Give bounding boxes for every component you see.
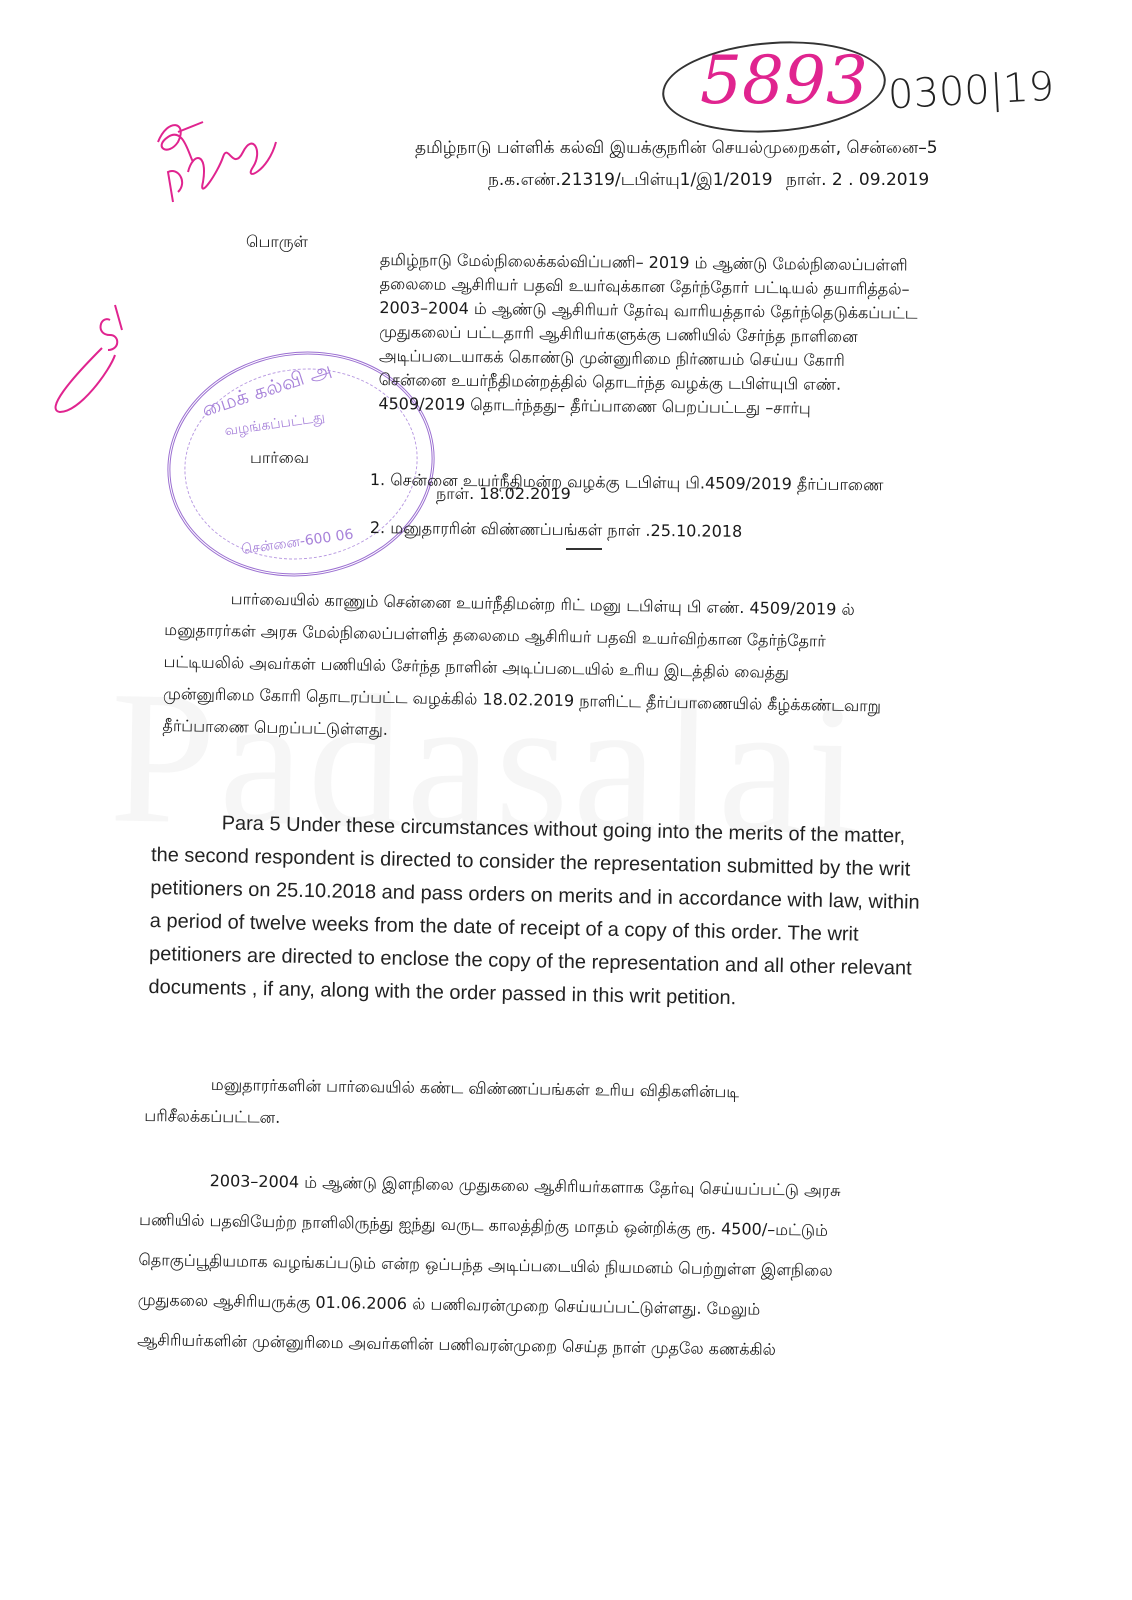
reference-item-1-date: நாள். 18.02.2019 [436, 484, 571, 505]
subject-label: பொருள் [246, 232, 308, 253]
initials-side-icon [40, 300, 150, 420]
reference-number-line: ந.க.எண்.21319/டபிள்யு1/இ1/2019 நாள். 2 .… [488, 170, 929, 192]
references-label: பார்வை [250, 448, 309, 469]
paragraph-3: 2003–2004 ம் ஆண்டு இளநிலை முதுகலை ஆசிரிய… [137, 1160, 841, 1371]
office-heading: தமிழ்நாடு பள்ளிக் கல்வி இயக்குநரின் செயல… [415, 138, 938, 160]
paragraph-1: பார்வையில் காணும் சென்னை உயர்நீதிமன்ற ரி… [162, 582, 883, 755]
separator-dash [566, 548, 602, 550]
date-label: நாள். [786, 170, 827, 190]
paragraph-2: மனுதாரர்களின் பார்வையில் கண்ட விண்ணப்பங்… [144, 1068, 739, 1140]
date-value: 2 . 09.2019 [832, 170, 929, 190]
subject-text: தமிழ்நாடு மேல்நிலைக்கல்விப்பணி– 2019 ம் … [378, 248, 918, 422]
reference-item-2: 2. மனுதாரரின் விண்ணப்பங்கள் நாள் .25.10.… [370, 518, 743, 543]
file-ref-handwritten: 0300|19 [887, 64, 1055, 119]
reference-number: ந.க.எண்.21319/டபிள்யு1/இ1/2019 [488, 170, 773, 190]
court-order-excerpt: Para 5 Under these circumstances without… [148, 806, 921, 1019]
inward-number: 5893 [700, 42, 868, 119]
signature-top-icon [148, 112, 278, 212]
document-page: Padasalai 5893 0300|19 மைக் கல்வி அ வழங்… [0, 0, 1132, 1600]
